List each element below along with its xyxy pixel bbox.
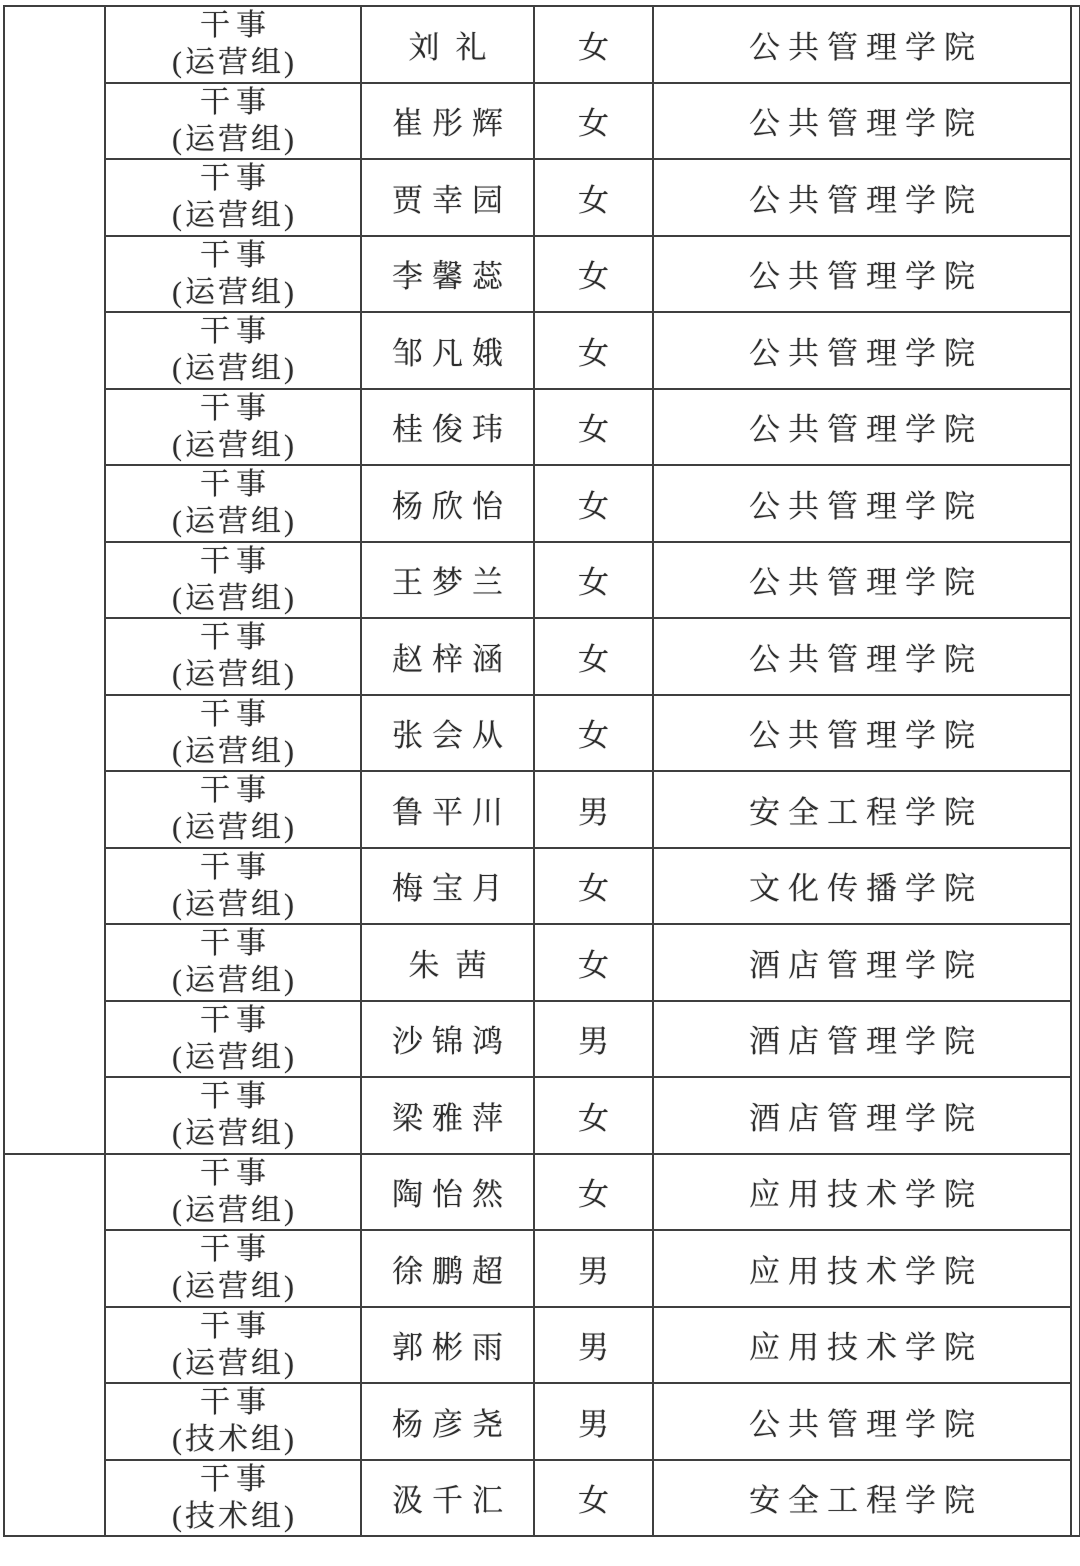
- table-row: 干事 (技术组) 汲千汇 女 安全工程学院: [4, 1460, 1080, 1537]
- name-cell: 桂俊玮: [361, 389, 534, 466]
- gender-cell: 女: [534, 542, 653, 619]
- position-group: (运营组): [106, 962, 360, 999]
- position-group: (技术组): [106, 1421, 360, 1458]
- position-cell: 干事 (运营组): [105, 389, 361, 466]
- position-title: 干事: [106, 1002, 360, 1039]
- position-cell: 干事 (运营组): [105, 1001, 361, 1078]
- gender-cell: 女: [534, 236, 653, 313]
- college-cell: 应用技术学院: [653, 1154, 1071, 1231]
- name-cell: 沙锦鸿: [361, 1001, 534, 1078]
- position-cell: 干事 (技术组): [105, 1460, 361, 1537]
- college-cell: 公共管理学院: [653, 83, 1071, 160]
- gender-cell: 男: [534, 1230, 653, 1307]
- gender-cell: 女: [534, 848, 653, 925]
- college-cell: 应用技术学院: [653, 1307, 1071, 1384]
- gender-cell: 女: [534, 1154, 653, 1231]
- position-group: (运营组): [106, 656, 360, 693]
- college-cell: 酒店管理学院: [653, 924, 1071, 1001]
- position-cell: 干事 (运营组): [105, 771, 361, 848]
- name-cell: 邹凡娥: [361, 312, 534, 389]
- name-cell: 杨彦尧: [361, 1383, 534, 1460]
- position-cell: 干事 (运营组): [105, 848, 361, 925]
- college-cell: 酒店管理学院: [653, 1001, 1071, 1078]
- table-row: 干事 (运营组) 刘礼 女 公共管理学院: [4, 6, 1080, 83]
- table-row: 干事 (运营组) 朱茜 女 酒店管理学院: [4, 924, 1080, 1001]
- table-row: 干事 (运营组) 邹凡娥 女 公共管理学院: [4, 312, 1080, 389]
- position-cell: 干事 (运营组): [105, 159, 361, 236]
- college-cell: 酒店管理学院: [653, 1077, 1071, 1154]
- table-row: 干事 (运营组) 梁雅萍 女 酒店管理学院: [4, 1077, 1080, 1154]
- gender-cell: 女: [534, 465, 653, 542]
- position-title: 干事: [106, 849, 360, 886]
- table-row: 干事 (运营组) 沙锦鸿 男 酒店管理学院: [4, 1001, 1080, 1078]
- college-cell: 文化传播学院: [653, 848, 1071, 925]
- position-title: 干事: [106, 237, 360, 274]
- table-row: 干事 (运营组) 李馨蕊 女 公共管理学院: [4, 236, 1080, 313]
- position-cell: 干事 (运营组): [105, 695, 361, 772]
- position-cell: 干事 (运营组): [105, 312, 361, 389]
- position-title: 干事: [106, 772, 360, 809]
- position-group: (运营组): [106, 274, 360, 311]
- name-cell: 陶怡然: [361, 1154, 534, 1231]
- gender-cell: 女: [534, 6, 653, 83]
- position-group: (运营组): [106, 1268, 360, 1305]
- table-row: 干事 (运营组) 陶怡然 女 应用技术学院: [4, 1154, 1080, 1231]
- position-cell: 干事 (运营组): [105, 1077, 361, 1154]
- position-cell: 干事 (运营组): [105, 542, 361, 619]
- college-cell: 安全工程学院: [653, 1460, 1071, 1537]
- position-title: 干事: [106, 543, 360, 580]
- position-cell: 干事 (运营组): [105, 6, 361, 83]
- position-title: 干事: [106, 7, 360, 44]
- position-cell: 干事 (运营组): [105, 618, 361, 695]
- gender-cell: 女: [534, 618, 653, 695]
- position-group: (运营组): [106, 1345, 360, 1382]
- position-group: (运营组): [106, 1115, 360, 1152]
- college-cell: 公共管理学院: [653, 159, 1071, 236]
- position-cell: 干事 (运营组): [105, 83, 361, 160]
- name-cell: 刘礼: [361, 6, 534, 83]
- college-cell: 公共管理学院: [653, 6, 1071, 83]
- college-cell: 安全工程学院: [653, 771, 1071, 848]
- table-row: 干事 (运营组) 崔彤辉 女 公共管理学院: [4, 83, 1080, 160]
- table-row: 干事 (运营组) 郭彬雨 男 应用技术学院: [4, 1307, 1080, 1384]
- name-cell: 王梦兰: [361, 542, 534, 619]
- position-title: 干事: [106, 1308, 360, 1345]
- right-edge-merged-cell: [1071, 6, 1080, 1536]
- position-group: (运营组): [106, 886, 360, 923]
- position-title: 干事: [106, 390, 360, 427]
- gender-cell: 女: [534, 1077, 653, 1154]
- college-cell: 公共管理学院: [653, 542, 1071, 619]
- college-cell: 公共管理学院: [653, 236, 1071, 313]
- gender-cell: 男: [534, 1383, 653, 1460]
- position-group: (运营组): [106, 427, 360, 464]
- table-row: 干事 (运营组) 杨欣怡 女 公共管理学院: [4, 465, 1080, 542]
- position-cell: 干事 (技术组): [105, 1383, 361, 1460]
- gender-cell: 女: [534, 83, 653, 160]
- position-cell: 干事 (运营组): [105, 924, 361, 1001]
- position-group: (运营组): [106, 1192, 360, 1229]
- position-title: 干事: [106, 1461, 360, 1498]
- position-group: (运营组): [106, 580, 360, 617]
- gender-cell: 女: [534, 312, 653, 389]
- position-group: (运营组): [106, 350, 360, 387]
- position-group: (运营组): [106, 121, 360, 158]
- position-group: (技术组): [106, 1498, 360, 1535]
- position-title: 干事: [106, 313, 360, 350]
- gender-cell: 女: [534, 159, 653, 236]
- name-cell: 郭彬雨: [361, 1307, 534, 1384]
- name-cell: 杨欣怡: [361, 465, 534, 542]
- position-title: 干事: [106, 1384, 360, 1421]
- position-group: (运营组): [106, 44, 360, 81]
- position-cell: 干事 (运营组): [105, 236, 361, 313]
- name-cell: 李馨蕊: [361, 236, 534, 313]
- name-cell: 赵梓涵: [361, 618, 534, 695]
- table-row: 干事 (运营组) 鲁平川 男 安全工程学院: [4, 771, 1080, 848]
- gender-cell: 女: [534, 1460, 653, 1537]
- position-title: 干事: [106, 925, 360, 962]
- gender-cell: 女: [534, 924, 653, 1001]
- table-row: 干事 (运营组) 桂俊玮 女 公共管理学院: [4, 389, 1080, 466]
- name-cell: 崔彤辉: [361, 83, 534, 160]
- position-group: (运营组): [106, 733, 360, 770]
- left-merged-cell-bottom: [4, 1154, 105, 1537]
- gender-cell: 男: [534, 1307, 653, 1384]
- table-row: 干事 (技术组) 杨彦尧 男 公共管理学院: [4, 1383, 1080, 1460]
- table-row: 干事 (运营组) 张会从 女 公共管理学院: [4, 695, 1080, 772]
- college-cell: 公共管理学院: [653, 1383, 1071, 1460]
- position-cell: 干事 (运营组): [105, 465, 361, 542]
- gender-cell: 男: [534, 771, 653, 848]
- position-title: 干事: [106, 160, 360, 197]
- college-cell: 公共管理学院: [653, 695, 1071, 772]
- gender-cell: 男: [534, 1001, 653, 1078]
- name-cell: 朱茜: [361, 924, 534, 1001]
- name-cell: 梁雅萍: [361, 1077, 534, 1154]
- table-row: 干事 (运营组) 徐鹏超 男 应用技术学院: [4, 1230, 1080, 1307]
- college-cell: 应用技术学院: [653, 1230, 1071, 1307]
- name-cell: 鲁平川: [361, 771, 534, 848]
- table-row: 干事 (运营组) 王梦兰 女 公共管理学院: [4, 542, 1080, 619]
- position-group: (运营组): [106, 809, 360, 846]
- document-page: 干事 (运营组) 刘礼 女 公共管理学院 干事 (运营组) 崔彤辉 女 公共管理…: [0, 0, 1080, 1566]
- table-row: 干事 (运营组) 赵梓涵 女 公共管理学院: [4, 618, 1080, 695]
- position-title: 干事: [106, 696, 360, 733]
- position-title: 干事: [106, 1231, 360, 1268]
- position-group: (运营组): [106, 503, 360, 540]
- position-title: 干事: [106, 1078, 360, 1115]
- college-cell: 公共管理学院: [653, 465, 1071, 542]
- position-title: 干事: [106, 619, 360, 656]
- position-title: 干事: [106, 1155, 360, 1192]
- college-cell: 公共管理学院: [653, 312, 1071, 389]
- position-title: 干事: [106, 466, 360, 503]
- roster-table: 干事 (运营组) 刘礼 女 公共管理学院 干事 (运营组) 崔彤辉 女 公共管理…: [3, 5, 1080, 1537]
- name-cell: 汲千汇: [361, 1460, 534, 1537]
- position-group: (运营组): [106, 1039, 360, 1076]
- name-cell: 贾幸园: [361, 159, 534, 236]
- table-row: 干事 (运营组) 梅宝月 女 文化传播学院: [4, 848, 1080, 925]
- name-cell: 梅宝月: [361, 848, 534, 925]
- gender-cell: 女: [534, 389, 653, 466]
- position-cell: 干事 (运营组): [105, 1154, 361, 1231]
- name-cell: 张会从: [361, 695, 534, 772]
- position-group: (运营组): [106, 197, 360, 234]
- name-cell: 徐鹏超: [361, 1230, 534, 1307]
- position-cell: 干事 (运营组): [105, 1230, 361, 1307]
- position-cell: 干事 (运营组): [105, 1307, 361, 1384]
- position-title: 干事: [106, 84, 360, 121]
- college-cell: 公共管理学院: [653, 389, 1071, 466]
- left-merged-cell-top: [4, 6, 105, 1154]
- gender-cell: 女: [534, 695, 653, 772]
- table-row: 干事 (运营组) 贾幸园 女 公共管理学院: [4, 159, 1080, 236]
- college-cell: 公共管理学院: [653, 618, 1071, 695]
